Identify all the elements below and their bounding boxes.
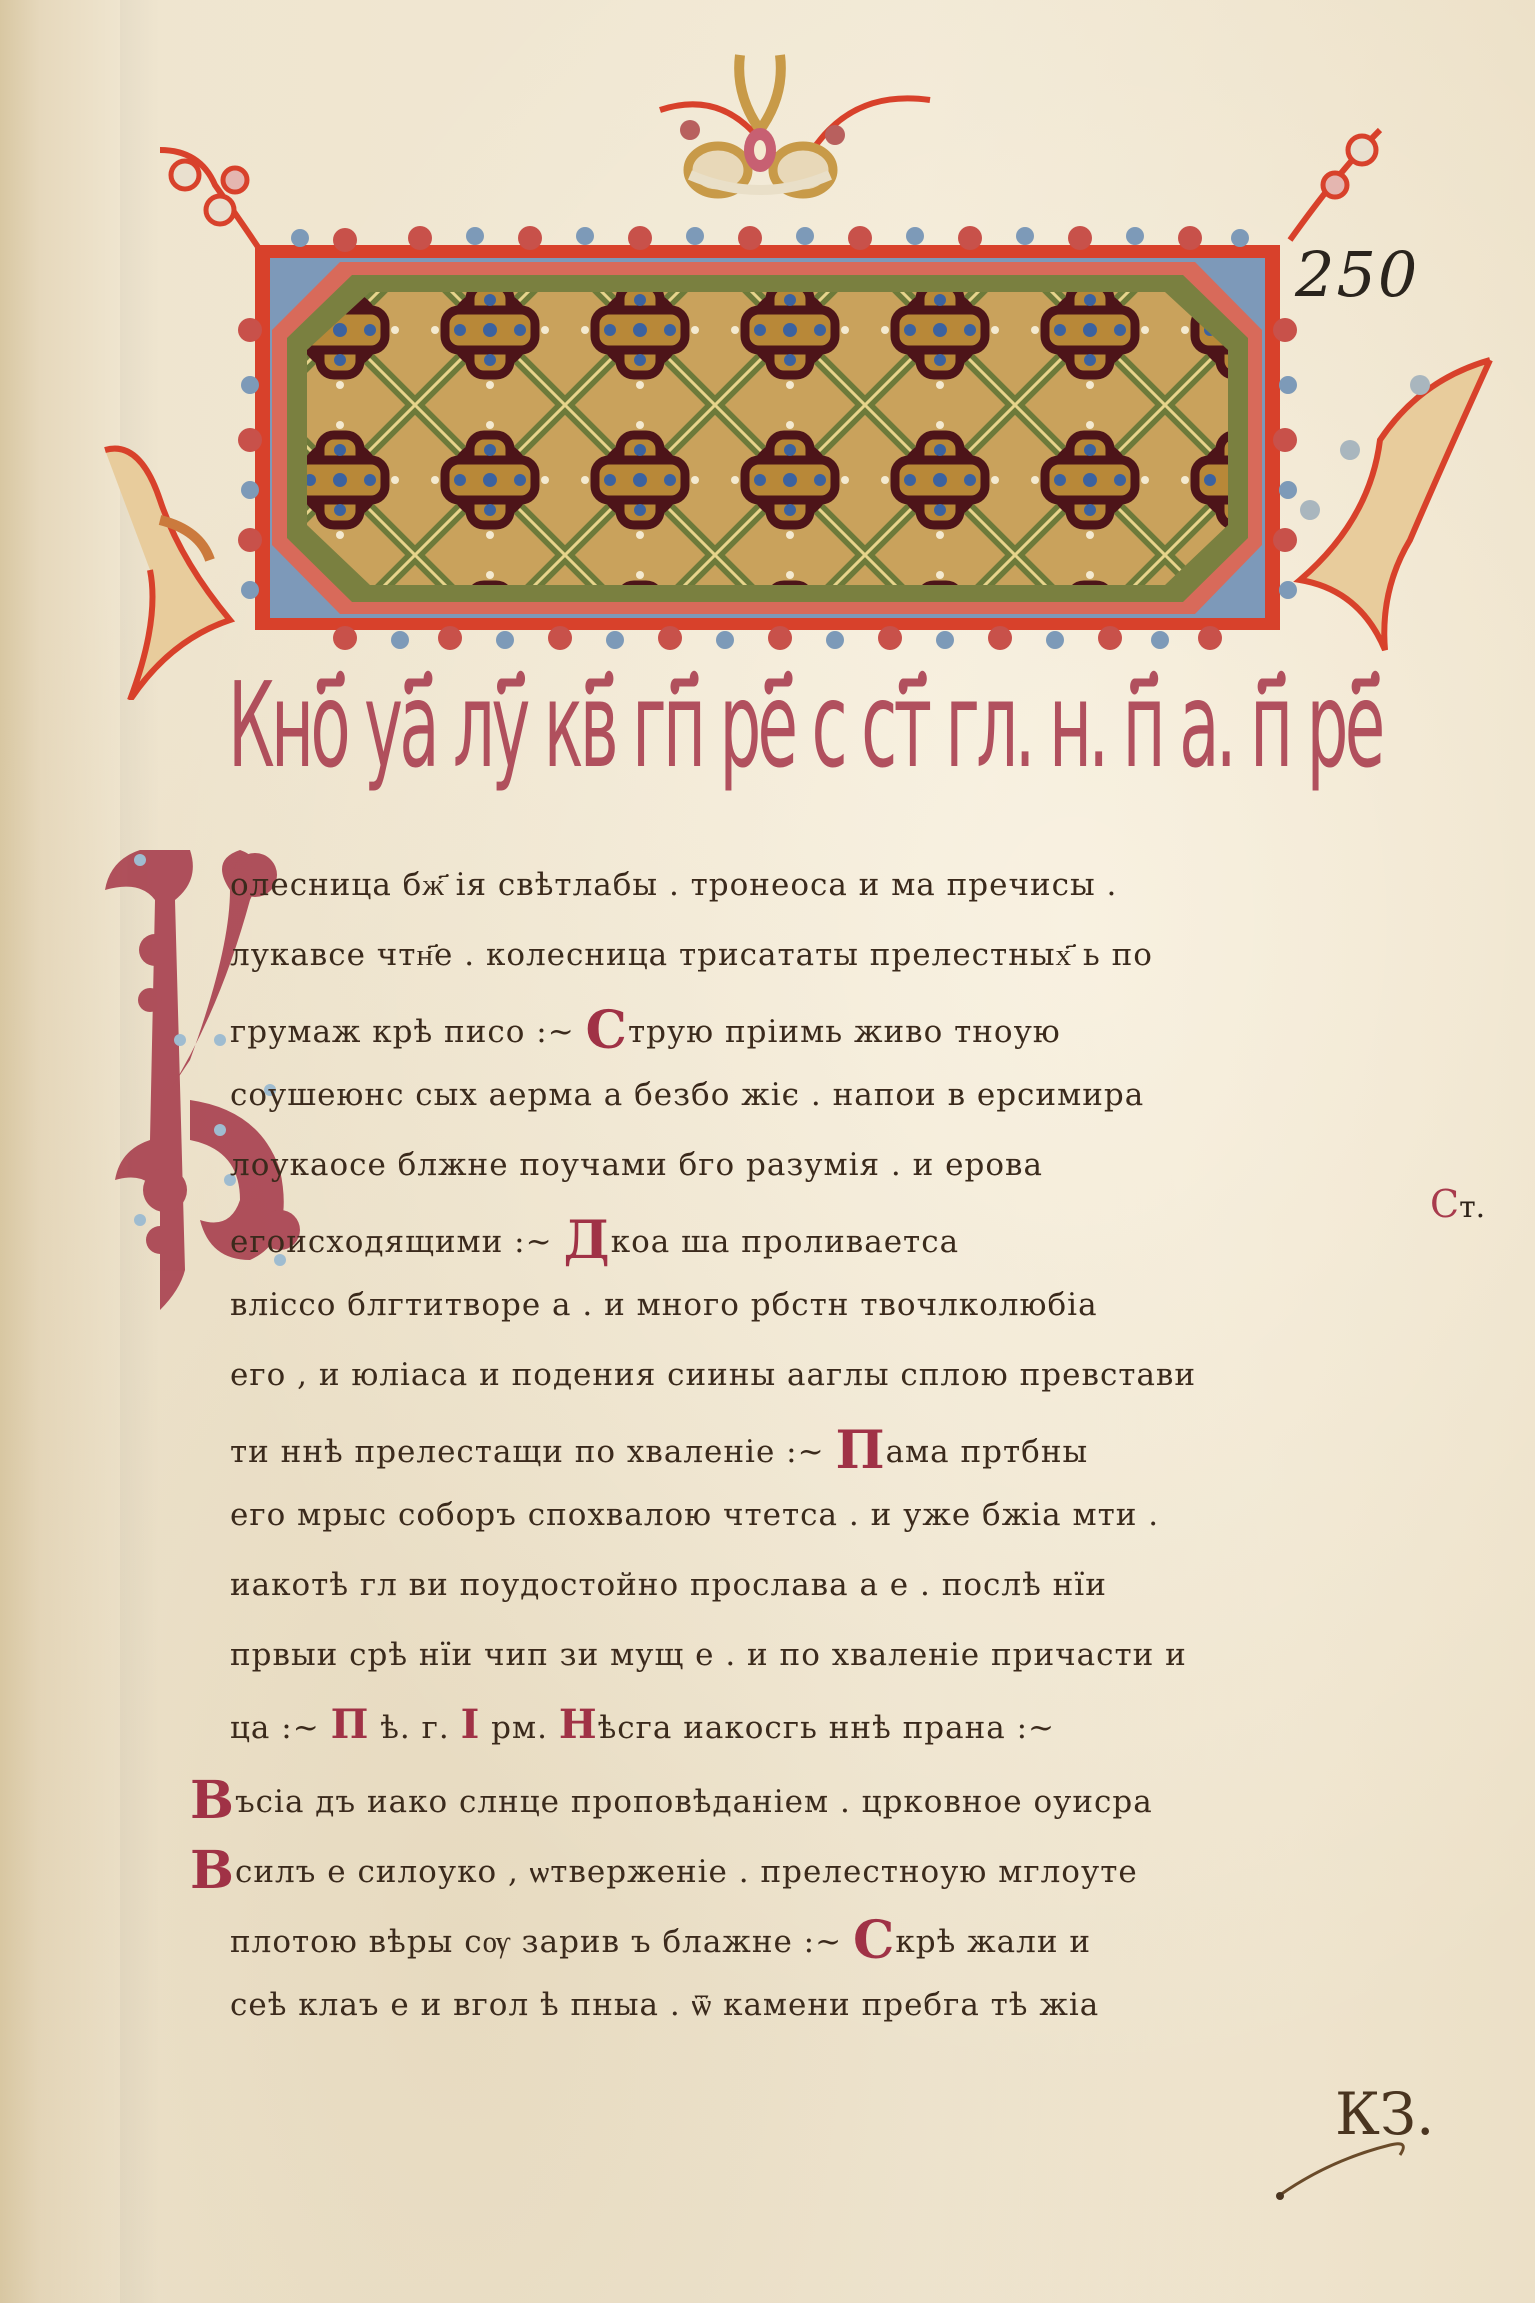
headpiece-frame [238, 226, 1297, 650]
title-rubric: Кно҃ уа҃ лу҃ кв҃ гп҃ ре҃ с ст҃ гл. н. п҃… [228, 660, 885, 790]
top-finial-ornament [660, 55, 930, 194]
rubric-p: П [331, 1701, 370, 1748]
rubric-n: Н [559, 1701, 598, 1748]
quire-flourish [1270, 2120, 1410, 2210]
corner-flourish-top-left [160, 150, 260, 250]
text-line-5: лоукаосе блжне поучами бго разумія . и е… [230, 1130, 1310, 1200]
text-line-14: Въсіа дъ иако слнце проповѣданіем . црко… [190, 1760, 1310, 1830]
text-line-3: грумаж крѣ писо :~ Струю пріимь живо тно… [230, 990, 1310, 1060]
rubric-i: І [461, 1701, 481, 1748]
text-line-16: плотою вѣры сѹ зарив ъ блажне :~ Скрѣ жа… [230, 1900, 1310, 1970]
text-line-17: сеѣ клаъ е и вгол ѣ пныа . ѿ камени преб… [230, 1970, 1310, 2040]
corner-flourish-top-right [1290, 130, 1380, 240]
margin-note: Ст. [1430, 1182, 1485, 1226]
rubric-initial-v: В [190, 1770, 235, 1831]
text-line-11: иакотѣ гл ви поудостойно прослава а е . … [230, 1550, 1310, 1620]
corner-flourish-right-wing [1300, 360, 1490, 650]
rubric-initial-d: Д [563, 1210, 610, 1271]
folio-number: 250 [1295, 238, 1419, 311]
corner-flourish-left-wing [105, 449, 230, 700]
rubric-initial-s-2: С [853, 1910, 895, 1971]
text-line-9: ти ннѣ прелестащи по хваленіе :~ Пама пр… [230, 1410, 1310, 1480]
text-line-4: соушеюнс сых аерма а безбо жіє . напои в… [230, 1060, 1310, 1130]
text-line-13: ца :~ П ѣ. г. І рм. Нѣсга иакосгь ннѣ пр… [230, 1690, 1310, 1760]
rubric-initial-v-2: В [190, 1840, 235, 1901]
interlace-headpiece-ornament [0, 0, 1535, 700]
text-line-1: олесница бж҃ ія свѣтлабы . тронеоса и ма… [230, 850, 1310, 920]
rubric-initial-p: П [835, 1420, 885, 1481]
text-line-2: лукавсе чтн҃е . колесница трисататы прел… [230, 920, 1310, 990]
text-line-12: првыи срѣ нїи чип зи мущ е . и по хвален… [230, 1620, 1310, 1690]
text-line-7: вліссо блгтитворе а . и много рбстн твоч… [230, 1270, 1310, 1340]
manuscript-page: 250 Кно҃ уа҃ лу҃ кв҃ гп҃ ре҃ с ст҃ гл. н… [0, 0, 1535, 2303]
text-line-8: его , и юліаса и подения сиины ааглы спл… [230, 1340, 1310, 1410]
text-line-15: Всилъ е силоуко , ѡтверженіе . прелестно… [190, 1830, 1310, 1900]
rubric-initial-s: С [586, 1000, 628, 1061]
text-line-10: его мрыс соборъ спохвалою чтетса . и уже… [230, 1480, 1310, 1550]
text-body: олесница бж҃ ія свѣтлабы . тронеоса и ма… [230, 850, 1310, 2040]
text-line-6: егоисходящими :~ Дкоа ша проливаетса [230, 1200, 1310, 1270]
